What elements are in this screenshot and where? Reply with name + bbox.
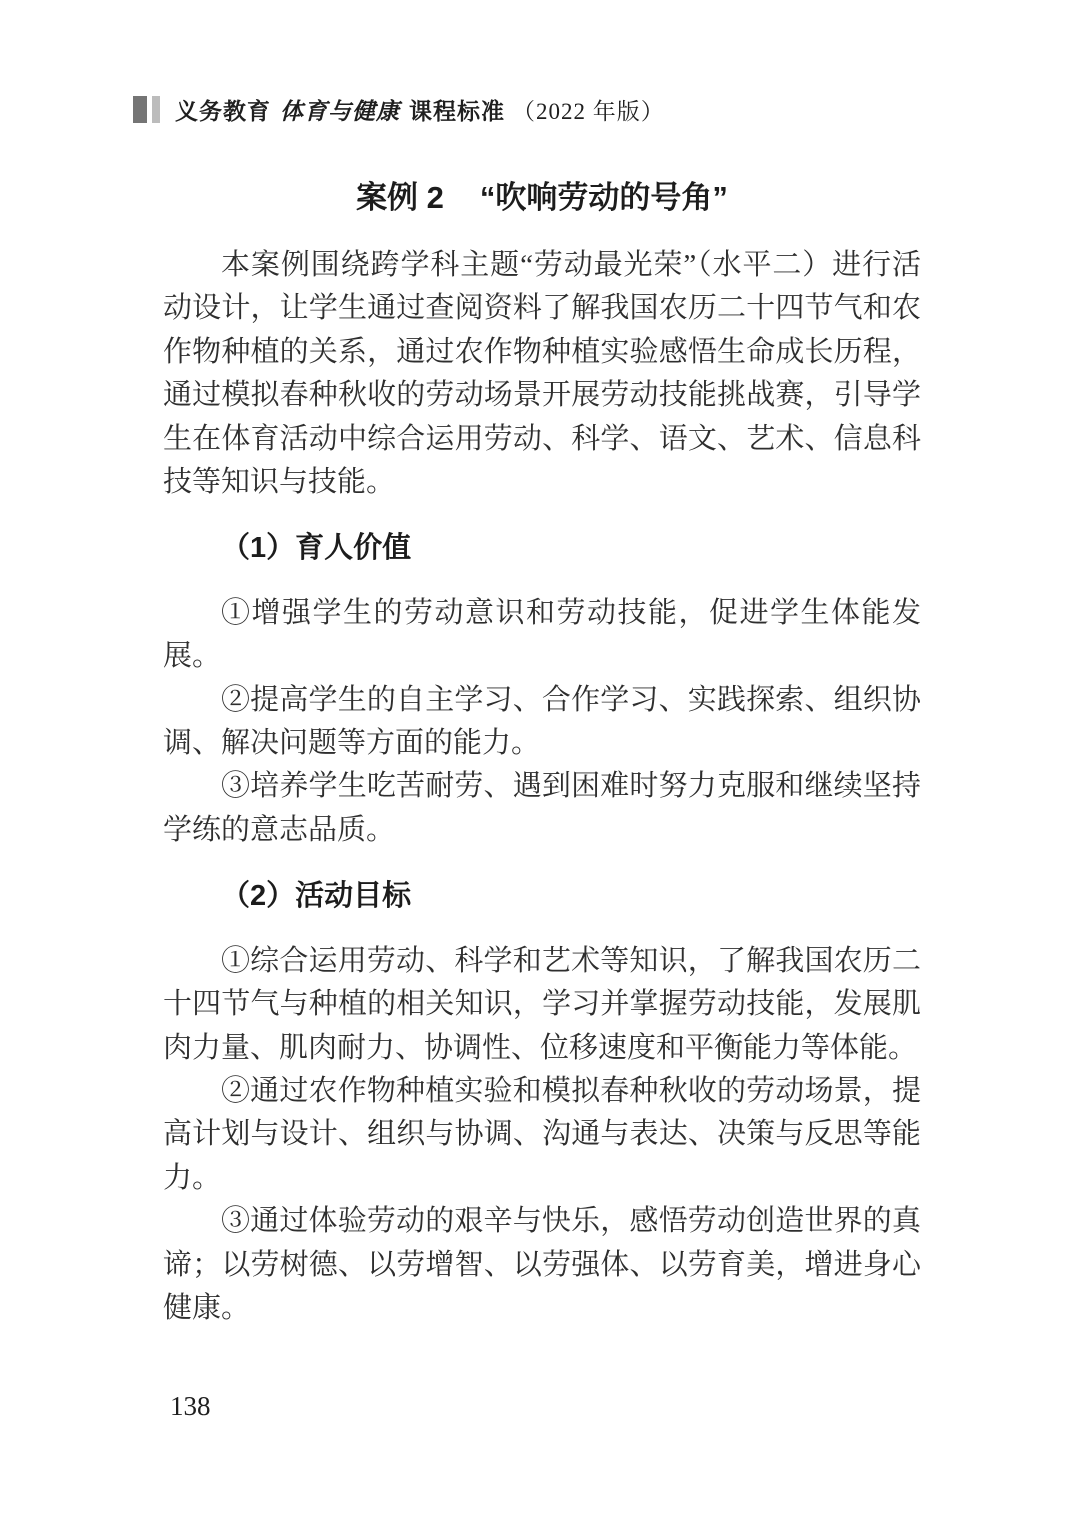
case-label: 案例 2 xyxy=(356,180,444,215)
page-content: 案例 2“吹响劳动的号角” 本案例围绕跨学科主题“劳动最光荣”（水平二）进行活动… xyxy=(163,0,921,1330)
section-heading: （2）活动目标 xyxy=(163,875,921,918)
header-bar-light-icon xyxy=(152,96,160,123)
section-heading: （1）育人价值 xyxy=(163,527,921,570)
section-item: ②通过农作物种植实验和模拟春种秋收的劳动场景，提高计划与设计、组织与协调、沟通与… xyxy=(163,1070,921,1200)
section-item: ③培养学生吃苦耐劳、遇到困难时努力克服和继续坚持学练的意志品质。 xyxy=(163,765,921,852)
header-bar-dark-icon xyxy=(133,96,147,123)
page-number: 138 xyxy=(170,1391,211,1422)
section-item: ①增强学生的劳动意识和劳动技能，促进学生体能发展。 xyxy=(163,592,921,679)
case-name: “吹响劳动的号角” xyxy=(480,180,728,215)
section-item: ②提高学生的自主学习、合作学习、实践探索、组织协调、解决问题等方面的能力。 xyxy=(163,679,921,766)
section-item: ③通过体验劳动的艰辛与快乐，感悟劳动创造世界的真谛；以劳树德、以劳增智、以劳强体… xyxy=(163,1200,921,1330)
section-item: ①综合运用劳动、科学和艺术等知识，了解我国农历二十四节气与种植的相关知识，学习并… xyxy=(163,940,921,1070)
intro-paragraph: 本案例围绕跨学科主题“劳动最光荣”（水平二）进行活动设计，让学生通过查阅资料了解… xyxy=(163,244,921,504)
case-title: 案例 2“吹响劳动的号角” xyxy=(163,176,921,220)
sections-container: （1）育人价值①增强学生的劳动意识和劳动技能，促进学生体能发展。②提高学生的自主… xyxy=(163,527,921,1330)
